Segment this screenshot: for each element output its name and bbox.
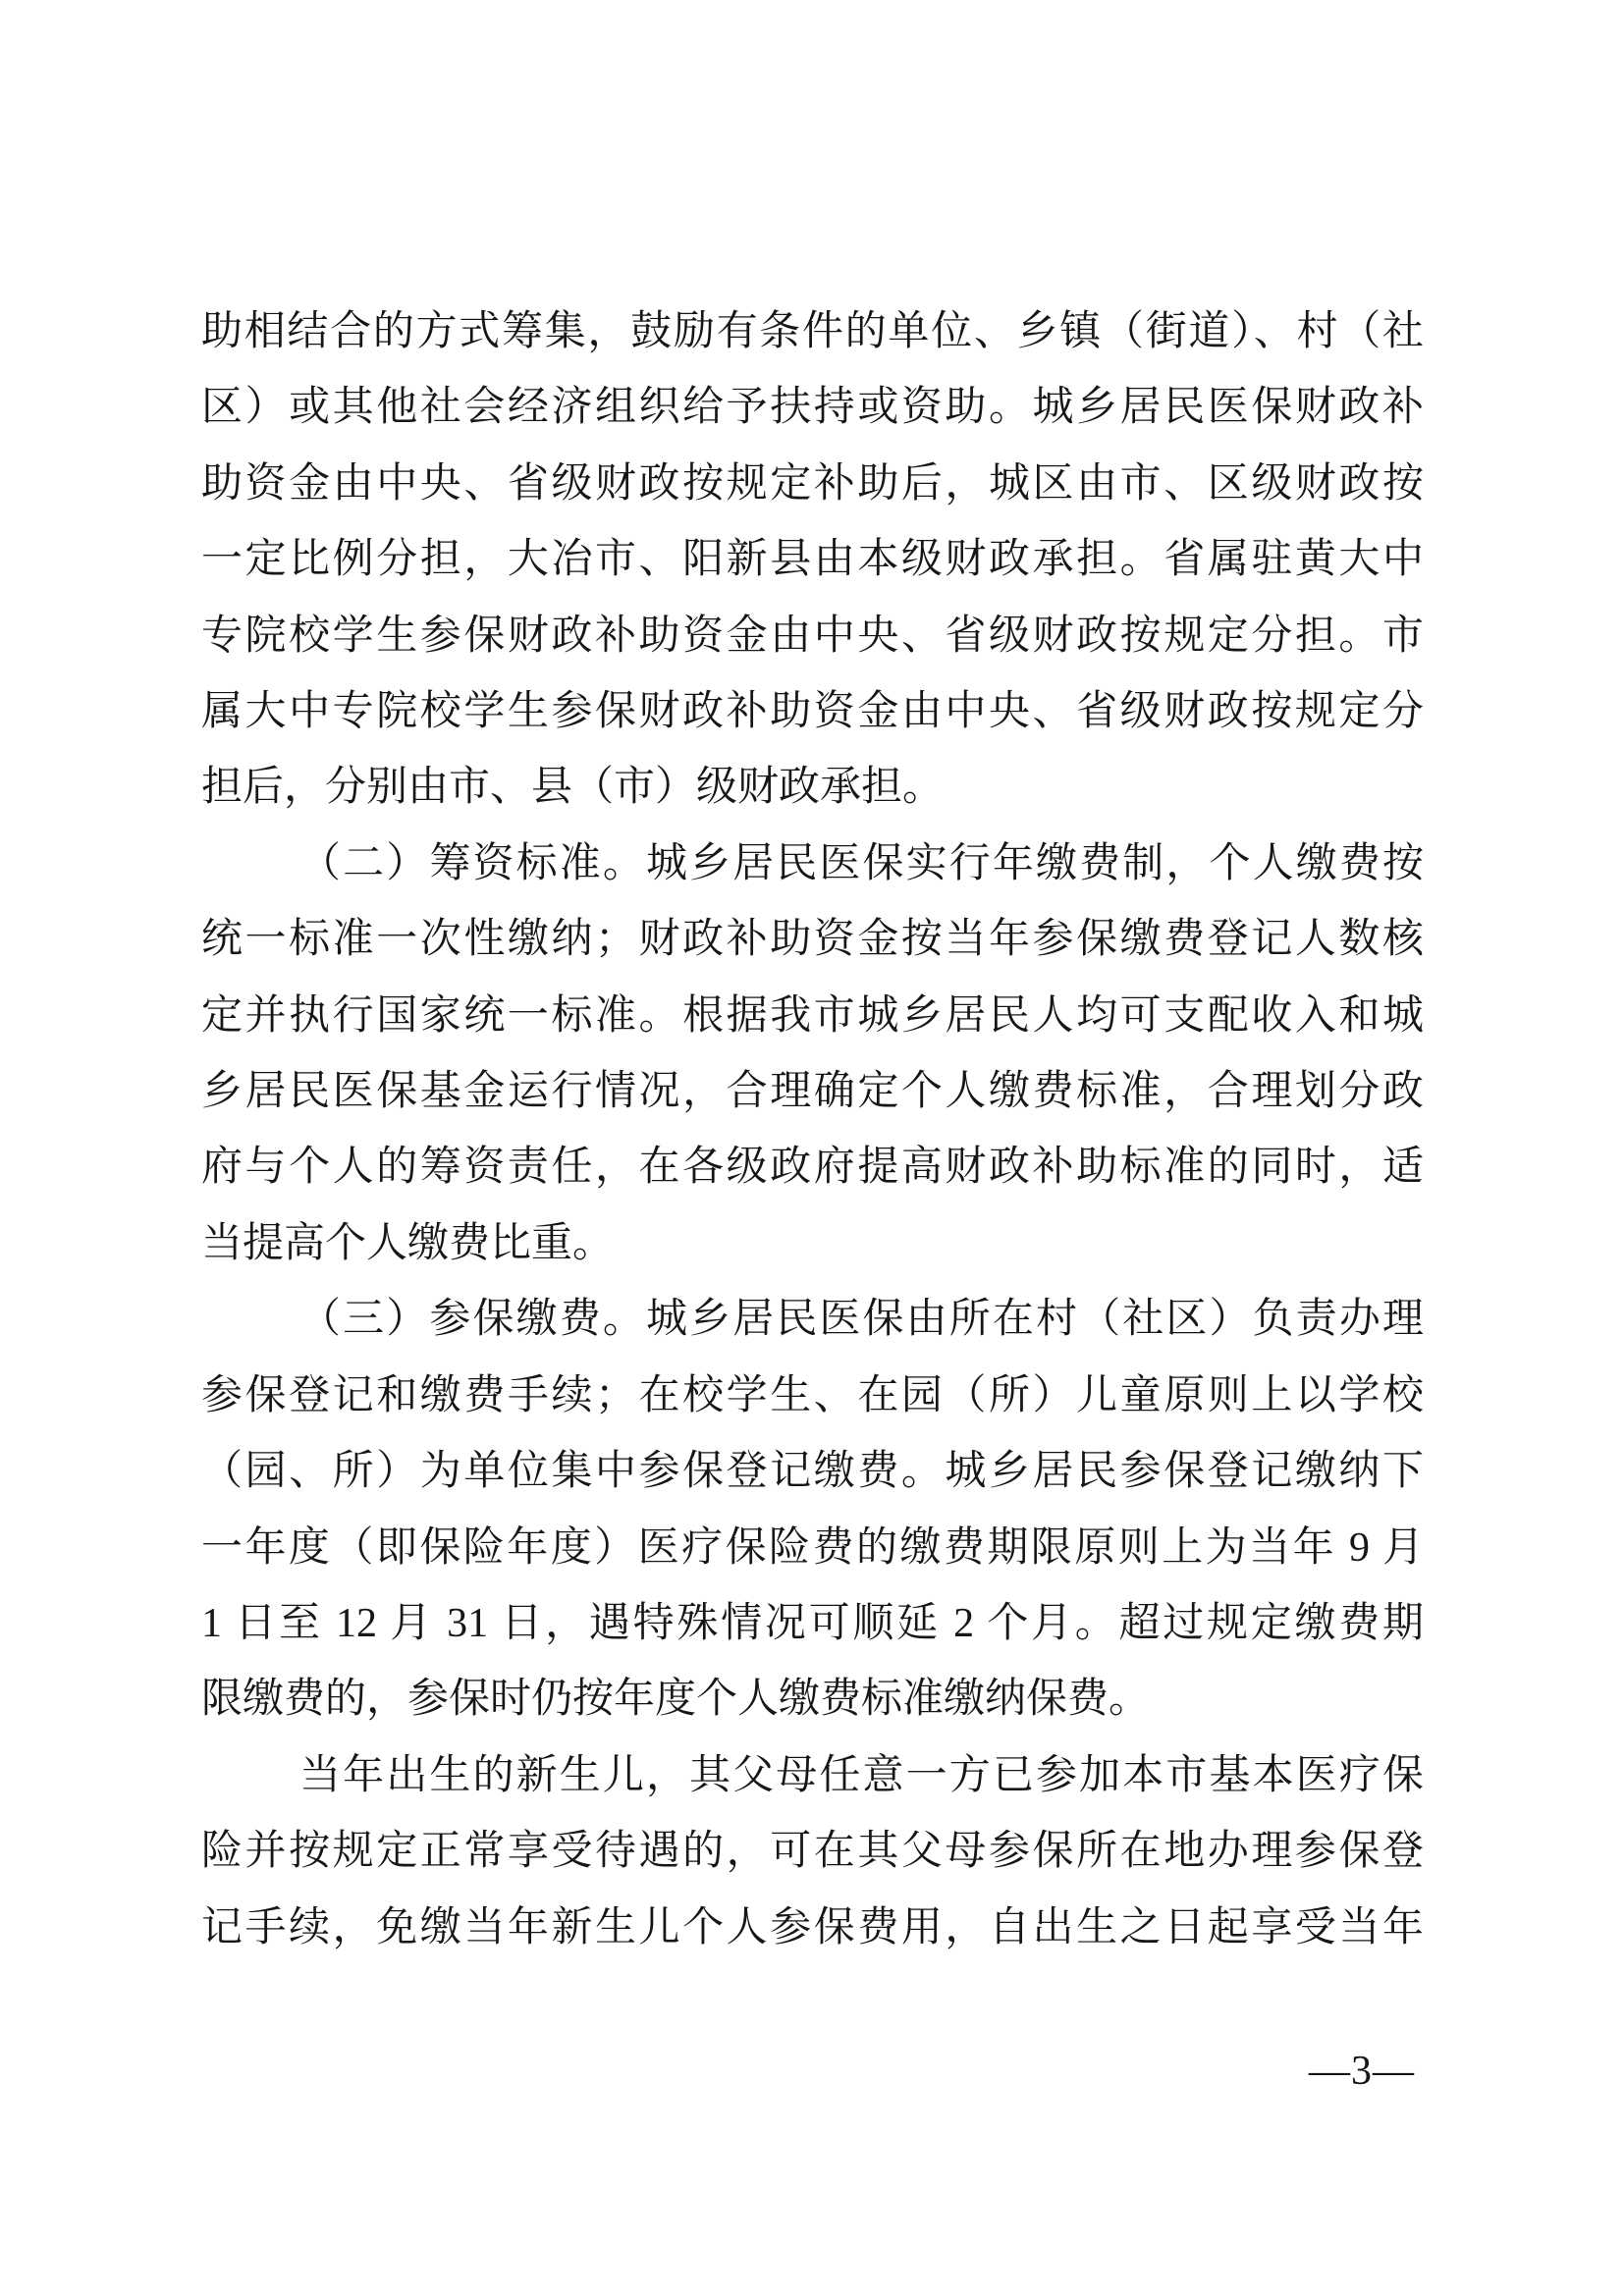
text-line: 当提高个人缴费比重。	[201, 1206, 1424, 1282]
page-number: —3—	[1309, 2050, 1415, 2093]
text-line: 专院校学生参保财政补助资金由中央、省级财政按规定分担。市	[201, 599, 1424, 674]
text-line: 限缴费的，参保时仍按年度个人缴费标准缴纳保费。	[201, 1662, 1424, 1737]
text-line: 参保登记和缴费手续；在校学生、在园（所）儿童原则上以学校	[201, 1359, 1424, 1434]
document-body: 助相结合的方式筹集，鼓励有条件的单位、乡镇（街道）、村（社区）或其他社会经济组织…	[201, 294, 1424, 1966]
text-line: 助资金由中央、省级财政按规定补助后，城区由市、区级财政按	[201, 447, 1424, 522]
text-line: 定并执行国家统一标准。根据我市城乡居民人均可支配收入和城	[201, 979, 1424, 1054]
text-line: 一定比例分担，大冶市、阳新县由本级财政承担。省属驻黄大中	[201, 522, 1424, 598]
text-line: 区）或其他社会经济组织给予扶持或资助。城乡居民医保财政补	[201, 370, 1424, 446]
text-line: （二）筹资标准。城乡居民医保实行年缴费制，个人缴费按	[201, 827, 1424, 902]
text-line: 当年出生的新生儿，其父母任意一方已参加本市基本医疗保	[201, 1738, 1424, 1814]
text-line: 1 日至 12 月 31 日，遇特殊情况可顺延 2 个月。超过规定缴费期	[201, 1586, 1424, 1662]
text-line: 乡居民医保基金运行情况，合理确定个人缴费标准，合理划分政	[201, 1054, 1424, 1130]
text-line: 一年度（即保险年度）医疗保险费的缴费期限原则上为当年 9 月	[201, 1511, 1424, 1586]
text-line: 统一标准一次性缴纳；财政补助资金按当年参保缴费登记人数核	[201, 902, 1424, 978]
text-line: 记手续，免缴当年新生儿个人参保费用，自出生之日起享受当年	[201, 1891, 1424, 1966]
text-line: （园、所）为单位集中参保登记缴费。城乡居民参保登记缴纳下	[201, 1434, 1424, 1510]
text-line: 险并按规定正常享受待遇的，可在其父母参保所在地办理参保登	[201, 1814, 1424, 1890]
text-line: （三）参保缴费。城乡居民医保由所在村（社区）负责办理	[201, 1282, 1424, 1358]
document-page: 助相结合的方式筹集，鼓励有条件的单位、乡镇（街道）、村（社区）或其他社会经济组织…	[0, 0, 1623, 2296]
text-line: 担后，分别由市、县（市）级财政承担。	[201, 750, 1424, 826]
text-line: 属大中专院校学生参保财政补助资金由中央、省级财政按规定分	[201, 674, 1424, 750]
text-line: 助相结合的方式筹集，鼓励有条件的单位、乡镇（街道）、村（社	[201, 294, 1424, 370]
text-line: 府与个人的筹资责任，在各级政府提高财政补助标准的同时，适	[201, 1130, 1424, 1205]
